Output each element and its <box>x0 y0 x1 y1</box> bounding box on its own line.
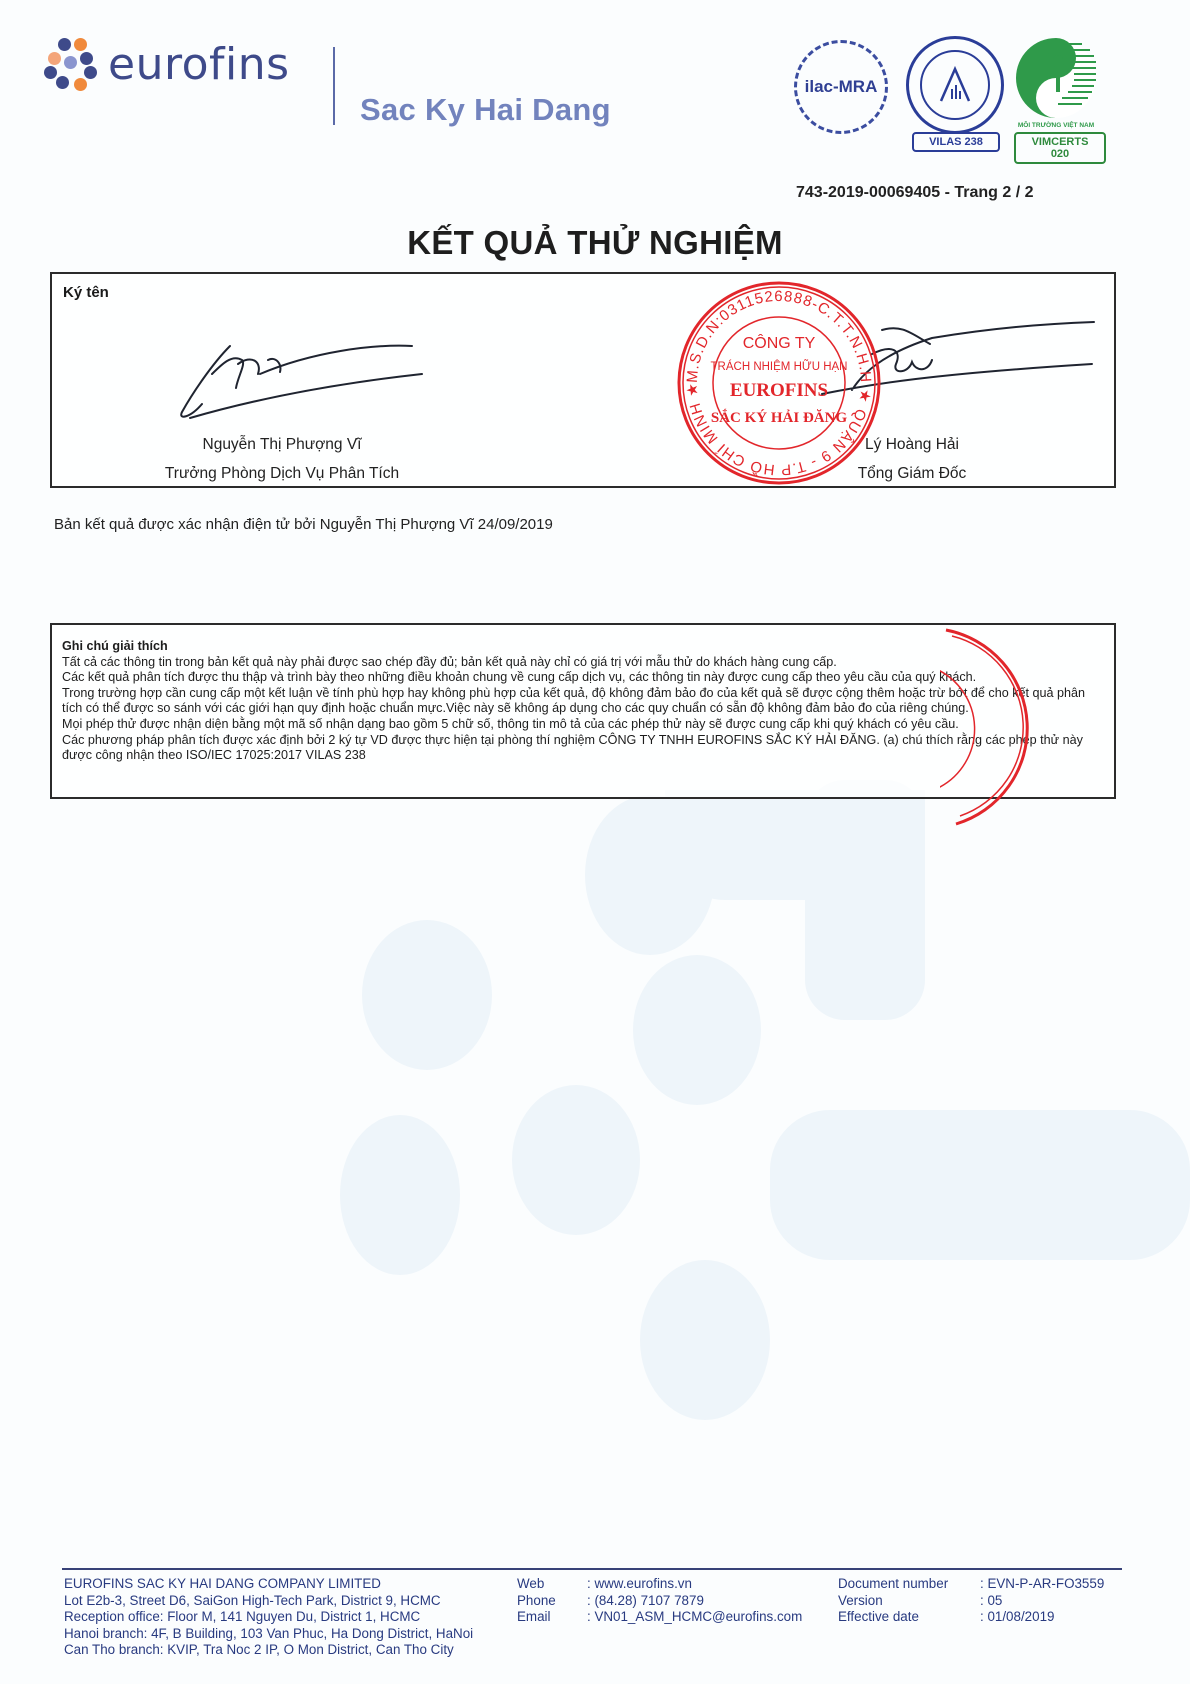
footer-address: Can Tho branch: KVIP, Tra Noc 2 IP, O Mo… <box>64 1642 473 1659</box>
document-number: Document number: EVN-P-AR-FO3559 <box>838 1576 1104 1593</box>
signer-left-role: Trưởng Phòng Dịch Vụ Phân Tích <box>132 459 432 488</box>
footer-phone: Phone: (84.28) 7107 7879 <box>517 1593 802 1610</box>
ilac-mra-label: ilac-MRA <box>805 77 878 97</box>
watermark-blob <box>633 955 761 1105</box>
partial-stamp-icon <box>940 628 1060 828</box>
company-stamp-icon: M.S.D.N:0311526888-C.T.T.N.H.H ★ QUẬN 9 … <box>674 278 884 488</box>
footer-address: Hanoi branch: 4F, B Building, 103 Van Ph… <box>64 1626 473 1643</box>
svg-text:TRÁCH NHIỆM HỮU HẠN: TRÁCH NHIỆM HỮU HẠN <box>711 360 848 373</box>
document-reference: 743-2019-00069405 - Trang 2 / 2 <box>796 184 1034 202</box>
watermark-blob <box>362 920 492 1070</box>
vilas-badge: VILAS 238 <box>912 132 1000 152</box>
svg-text:CÔNG TY: CÔNG TY <box>743 333 816 352</box>
moi-truong-viet-nam-icon: MÔI TRƯỜNG VIỆT NAM <box>1012 36 1100 130</box>
ilac-mra-icon: ilac-MRA <box>794 40 888 134</box>
footer-web: Web: www.eurofins.vn <box>517 1576 802 1593</box>
signature-label: Ký tên <box>63 284 109 301</box>
bureau-of-accreditation-icon <box>906 36 1004 134</box>
document-version: Version: 05 <box>838 1593 1104 1610</box>
signature-box: Ký tên Nguyễn Thị Phượng Vĩ Trưởng Phòng… <box>50 272 1116 488</box>
footer-divider <box>62 1568 1122 1570</box>
email-link[interactable]: : VN01_ASM_HCMC@eurofins.com <box>587 1609 802 1626</box>
signer-left: Nguyễn Thị Phượng Vĩ Trưởng Phòng Dịch V… <box>132 430 432 488</box>
eurofins-logo: eurofins <box>42 36 290 92</box>
electronic-confirmation: Bản kết quả được xác nhận điện tử bởi Ng… <box>54 516 553 533</box>
signature-left-icon <box>172 334 432 424</box>
subbrand-name: Sac Ky Hai Dang <box>360 92 611 128</box>
brand-name: eurofins <box>108 39 290 90</box>
page-title: KẾT QUẢ THỬ NGHIỆM <box>0 224 1190 262</box>
svg-text:MÔI TRƯỜNG VIỆT NAM: MÔI TRƯỜNG VIỆT NAM <box>1018 120 1094 129</box>
web-link[interactable]: : www.eurofins.vn <box>587 1576 692 1593</box>
footer-company-name: EUROFINS SAC KY HAI DANG COMPANY LIMITED <box>64 1576 473 1593</box>
svg-text:EUROFINS: EUROFINS <box>730 380 828 401</box>
watermark-blob <box>512 1085 640 1235</box>
header-divider <box>333 47 335 125</box>
signer-left-name: Nguyễn Thị Phượng Vĩ <box>132 430 432 459</box>
footer-address: Lot E2b-3, Street D6, SaiGon High-Tech P… <box>64 1593 473 1610</box>
footer-document-info: Document number: EVN-P-AR-FO3559 Version… <box>838 1576 1104 1626</box>
vimcerts-badge: VIMCERTS 020 <box>1014 132 1106 164</box>
watermark-blob <box>770 1110 1190 1260</box>
accreditation-triangle-icon <box>920 50 990 120</box>
eurofins-logo-mark-icon <box>42 36 102 92</box>
footer-address: Reception office: Floor M, 141 Nguyen Du… <box>64 1609 473 1626</box>
footer-contact: Web: www.eurofins.vn Phone: (84.28) 7107… <box>517 1576 802 1626</box>
footer-company: EUROFINS SAC KY HAI DANG COMPANY LIMITED… <box>64 1576 473 1659</box>
watermark-blob <box>640 1260 770 1420</box>
svg-text:SẮC KÝ HẢI ĐĂNG: SẮC KÝ HẢI ĐĂNG <box>711 409 848 426</box>
watermark-blob <box>805 780 925 1020</box>
watermark-blob <box>340 1115 460 1275</box>
footer-email: Email: VN01_ASM_HCMC@eurofins.com <box>517 1609 802 1626</box>
effective-date: Effective date: 01/08/2019 <box>838 1609 1104 1626</box>
